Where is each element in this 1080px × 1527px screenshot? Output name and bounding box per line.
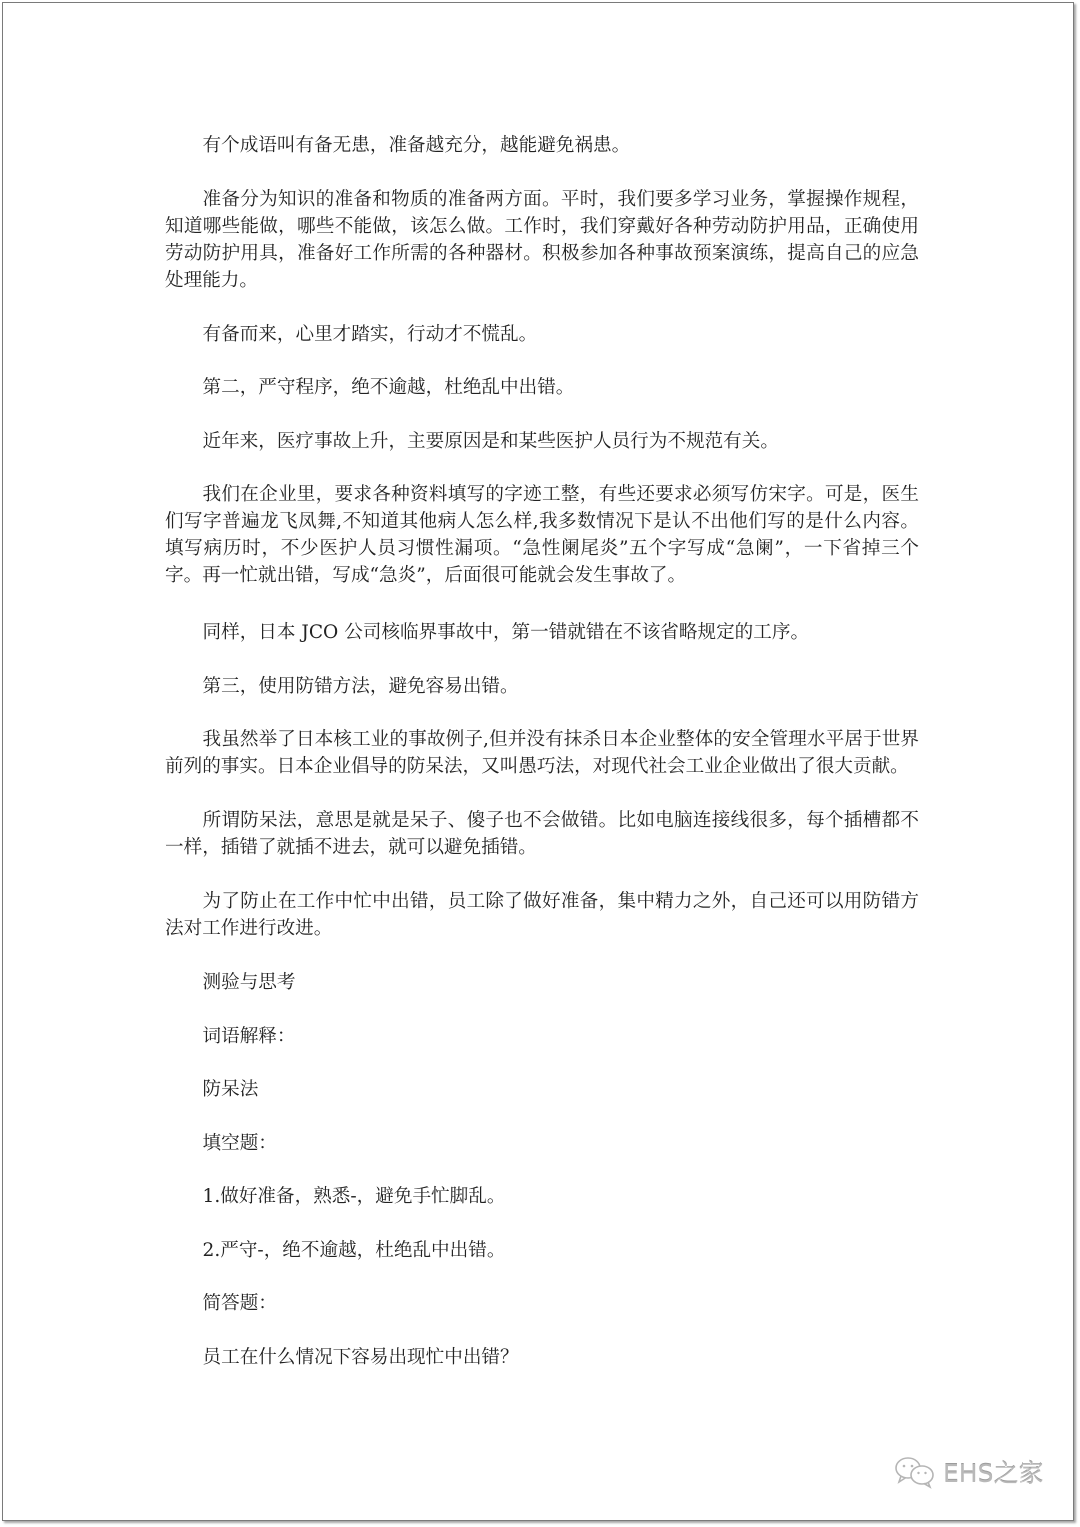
watermark-text: EHS之家 — [943, 1454, 1043, 1490]
fill-item: 1.做好准备，熟悉-，避免手忙脚乱。 — [165, 1183, 919, 1210]
document-body: 有个成语叫有备无患，准备越充分，越能避免祸患。 准备分为知识的准备和物质的准备两… — [165, 132, 919, 1397]
paragraph: 有备而来，心里才踏实，行动才不慌乱。 — [165, 321, 919, 348]
paragraph: 近年来，医疗事故上升，主要原因是和某些医护人员行为不规范有关。 — [165, 428, 919, 455]
term-heading: 词语解释： — [165, 1023, 919, 1050]
paragraph: 有个成语叫有备无患，准备越充分，越能避免祸患。 — [165, 132, 919, 159]
paragraph: 准备分为知识的准备和物质的准备两方面。平时，我们要多学习业务，掌握操作规程，知道… — [165, 186, 919, 294]
fill-item: 2.严守-，绝不逾越，杜绝乱中出错。 — [165, 1237, 919, 1264]
wechat-icon — [893, 1455, 937, 1489]
paragraph: 同样，日本 JCO 公司核临界事故中，第一错就错在不该省略规定的工序。 — [165, 619, 919, 646]
paragraph: 所谓防呆法，意思是就是呆子、傻子也不会做错。比如电脑连接线很多，每个插槽都不一样… — [165, 807, 919, 861]
short-answer-heading: 简答题： — [165, 1290, 919, 1317]
paragraph: 我虽然举了日本核工业的事故例子,但并没有抹杀日本企业整体的安全管理水平居于世界前… — [165, 726, 919, 780]
short-answer-question: 员工在什么情况下容易出现忙中出错？ — [165, 1344, 919, 1371]
quiz-title: 测验与思考 — [165, 969, 919, 996]
watermark: EHS之家 — [893, 1452, 1043, 1492]
section-heading: 第三，使用防错方法，避免容易出错。 — [165, 673, 919, 700]
term: 防呆法 — [165, 1076, 919, 1103]
section-heading: 第二，严守程序，绝不逾越，杜绝乱中出错。 — [165, 374, 919, 401]
paragraph: 我们在企业里，要求各种资料填写的字迹工整，有些还要求必须写仿宋字。可是，医生们写… — [165, 481, 919, 589]
paragraph: 为了防止在工作中忙中出错，员工除了做好准备，集中精力之外，自己还可以用防错方法对… — [165, 888, 919, 942]
fill-heading: 填空题： — [165, 1130, 919, 1157]
